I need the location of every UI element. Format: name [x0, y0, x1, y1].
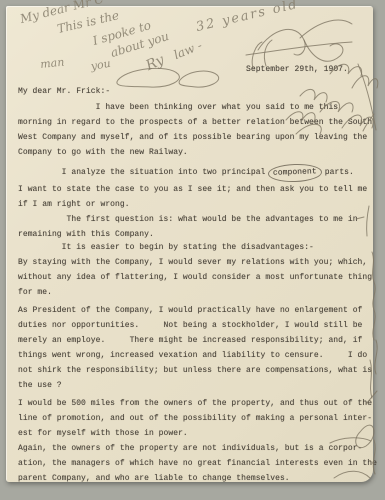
letter-line: for me. — [18, 285, 372, 300]
letter-line: line of promotion, and out of the possib… — [18, 411, 377, 426]
paragraph-3: The first question is: what would be the… — [18, 212, 358, 242]
letter-line: the use ? — [18, 378, 372, 393]
line-prefix: I analyze the situation into two princip… — [18, 168, 270, 177]
letter-line: things went wrong, increased vexation an… — [18, 348, 372, 363]
paragraph-4: It is easier to begin by stating the dis… — [18, 240, 372, 300]
letter-line: As President of the Company, I would pra… — [18, 303, 372, 318]
letter-line: Company to go with the new Railway. — [18, 145, 372, 160]
letter-line: I would be 500 miles from the owners of … — [18, 396, 377, 411]
letter-line: West Company and myself, and of its poss… — [18, 130, 372, 145]
letter-scan: September 29th, 1907. My dear Mr. Frick:… — [0, 0, 385, 500]
letter-line: not shirk the responsibility; but unless… — [18, 363, 372, 378]
letter-line: without any idea of flattering, I would … — [18, 270, 372, 285]
pencil-note: man — [40, 56, 65, 71]
line-suffix: parts. — [320, 168, 354, 177]
letter-line: duties nor opportunities. Not being a st… — [18, 318, 372, 333]
paragraph-6: I would be 500 miles from the owners of … — [18, 396, 377, 486]
letter-line: The first question is: what would be the… — [18, 212, 358, 227]
letter-paper: September 29th, 1907. My dear Mr. Frick:… — [6, 6, 373, 482]
letter-line: parent Company, and who are liable to ch… — [18, 471, 377, 486]
paragraph-5: As President of the Company, I would pra… — [18, 303, 372, 393]
salutation: My dear Mr. Frick:- — [18, 84, 110, 99]
letter-line: ation, the managers of which have no gre… — [18, 456, 377, 471]
letter-line: By staying with the Company, I would sev… — [18, 255, 372, 270]
circled-word: component — [268, 163, 322, 183]
letter-line: It is easier to begin by stating the dis… — [18, 240, 372, 255]
letter-line: I have been thinking over what you said … — [18, 100, 372, 115]
paragraph-2: I analyze the situation into two princip… — [18, 164, 367, 212]
letter-line: est for myself with those in power. — [18, 426, 377, 441]
letter-line: I want to state the case to you as I see… — [18, 182, 367, 197]
typed-date: September 29th, 1907. — [246, 62, 348, 77]
letter-line: if I am right or wrong. — [18, 197, 367, 212]
letter-line: Again, the owners of the property are no… — [18, 441, 377, 456]
letter-line-with-circled-word: I analyze the situation into two princip… — [18, 164, 367, 182]
paragraph-1: I have been thinking over what you said … — [18, 100, 372, 160]
letter-line: morning in regard to the prospects of a … — [18, 115, 372, 130]
letter-line: merely an employe. There might be increa… — [18, 333, 372, 348]
